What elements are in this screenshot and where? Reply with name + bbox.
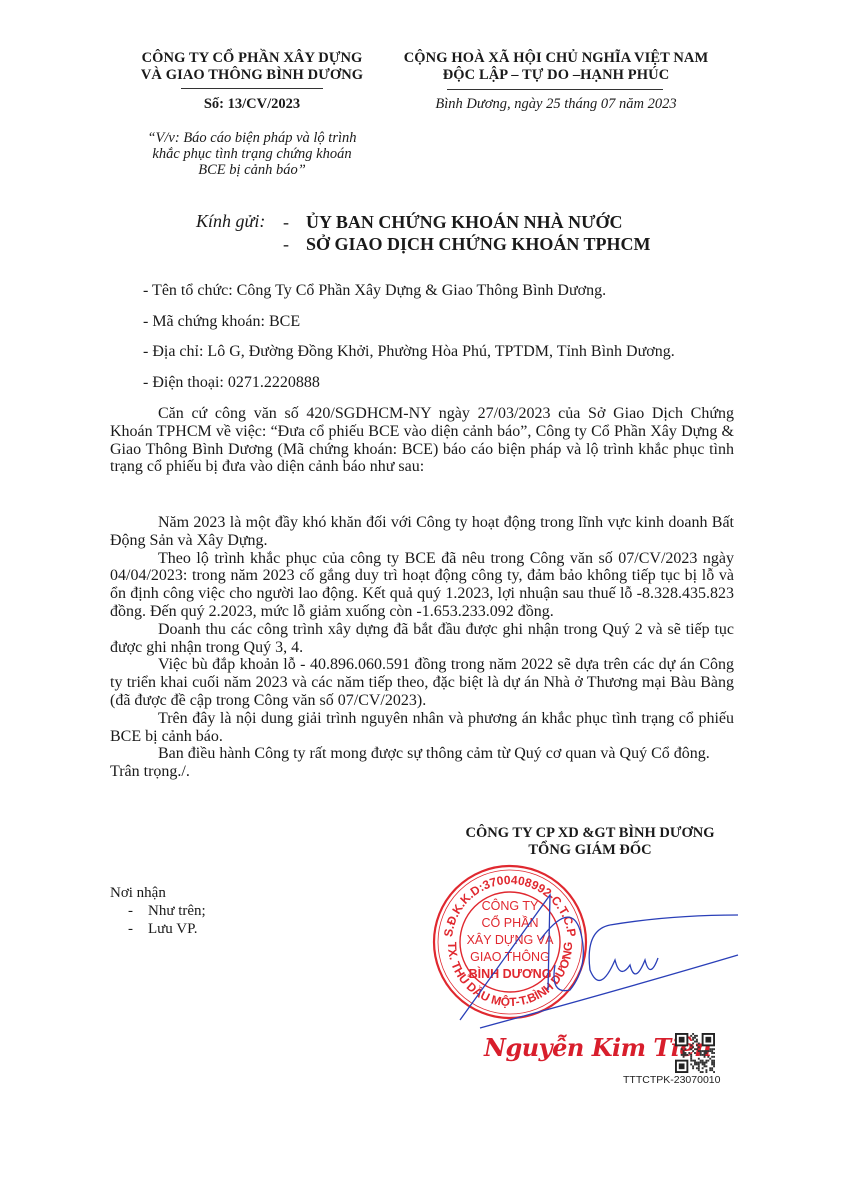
company-header: CÔNG TY CỔ PHẦN XÂY DỰNG VÀ GIAO THÔNG B… bbox=[116, 50, 388, 84]
list-dash: - bbox=[283, 211, 306, 233]
info-phone: - Điện thoại: 0271.2220888 bbox=[143, 368, 675, 399]
cc-item: Như trên; bbox=[148, 903, 206, 919]
subject-line: khắc phục tình trạng chứng khoán bbox=[116, 146, 388, 162]
signer-title: TỔNG GIÁM ĐỐC bbox=[440, 842, 740, 859]
recipient-item: SỞ GIAO DỊCH CHỨNG KHOÁN TPHCM bbox=[306, 233, 651, 255]
info-stock-code: - Mã chứng khoán: BCE bbox=[143, 307, 675, 338]
paragraph: Việc bù đắp khoản lỗ - 40.896.060.591 đồ… bbox=[110, 656, 734, 709]
document-code: TTTCTPK-23070010 bbox=[623, 1074, 720, 1086]
nation-line1: CỘNG HOÀ XÃ HỘI CHỦ NGHĨA VIỆT NAM bbox=[390, 50, 722, 67]
company-name-line2: VÀ GIAO THÔNG BÌNH DƯƠNG bbox=[116, 67, 388, 84]
cc-list: Nơi nhận -Như trên; -Lưu VP. bbox=[110, 884, 206, 938]
company-name-line1: CÔNG TY CỔ PHẦN XÂY DỰNG bbox=[116, 50, 388, 67]
paragraph: Ban điều hành Công ty rất mong được sự t… bbox=[110, 745, 734, 763]
signer-org: CÔNG TY CP XD &GT BÌNH DƯƠNG bbox=[440, 825, 740, 842]
paragraph: Theo lộ trình khắc phục của công ty BCE … bbox=[110, 550, 734, 621]
recipient-item: ỦY BAN CHỨNG KHOÁN NHÀ NƯỚC bbox=[306, 211, 623, 233]
paragraph: Trên đây là nội dung giải trình nguyên n… bbox=[110, 710, 734, 746]
subject-line: BCE bị cảnh báo” bbox=[116, 162, 388, 178]
place-date: Bình Dương, ngày 25 tháng 07 năm 2023 bbox=[390, 96, 722, 113]
qr-code-icon bbox=[674, 1033, 716, 1073]
list-dash: - bbox=[283, 233, 306, 255]
body-paragraphs: Năm 2023 là một đầy khó khăn đối với Côn… bbox=[110, 514, 734, 781]
header-right-divider bbox=[447, 89, 663, 90]
national-motto: CỘNG HOÀ XÃ HỘI CHỦ NGHĨA VIỆT NAM ĐỘC L… bbox=[390, 50, 722, 84]
paragraph: Doanh thu các công trình xây dựng đã bắt… bbox=[110, 621, 734, 657]
subject-line: “V/v: Báo cáo biện pháp và lộ trình bbox=[116, 130, 388, 146]
info-org-name: - Tên tổ chức: Công Ty Cổ Phần Xây Dựng … bbox=[143, 276, 675, 307]
intro-paragraph: Căn cứ công văn số 420/SGDHCM-NY ngày 27… bbox=[110, 405, 734, 476]
paragraph: Năm 2023 là một đầy khó khăn đối với Côn… bbox=[110, 514, 734, 550]
document-number: Số: 13/CV/2023 bbox=[116, 96, 388, 113]
paragraph: Căn cứ công văn số 420/SGDHCM-NY ngày 27… bbox=[110, 405, 734, 476]
regards: Trân trọng./. bbox=[110, 763, 734, 781]
list-dash: - bbox=[128, 902, 148, 920]
cc-item: Lưu VP. bbox=[148, 921, 198, 937]
organization-info: - Tên tổ chức: Công Ty Cổ Phần Xây Dựng … bbox=[143, 276, 675, 398]
recipients-label: Kính gửi: bbox=[196, 211, 265, 232]
recipients-list: -ỦY BAN CHỨNG KHOÁN NHÀ NƯỚC -SỞ GIAO DỊ… bbox=[283, 211, 651, 255]
list-dash: - bbox=[128, 920, 148, 938]
handwritten-signature-icon bbox=[440, 870, 740, 1030]
signature-block-title: CÔNG TY CP XD &GT BÌNH DƯƠNG TỔNG GIÁM Đ… bbox=[440, 825, 740, 859]
header-left-divider bbox=[181, 88, 323, 89]
nation-line2: ĐỘC LẬP – TỰ DO –HẠNH PHÚC bbox=[390, 67, 722, 84]
subject: “V/v: Báo cáo biện pháp và lộ trình khắc… bbox=[116, 130, 388, 178]
info-address: - Địa chỉ: Lô G, Đường Đồng Khởi, Phường… bbox=[143, 337, 675, 368]
cc-label: Nơi nhận bbox=[110, 884, 206, 902]
